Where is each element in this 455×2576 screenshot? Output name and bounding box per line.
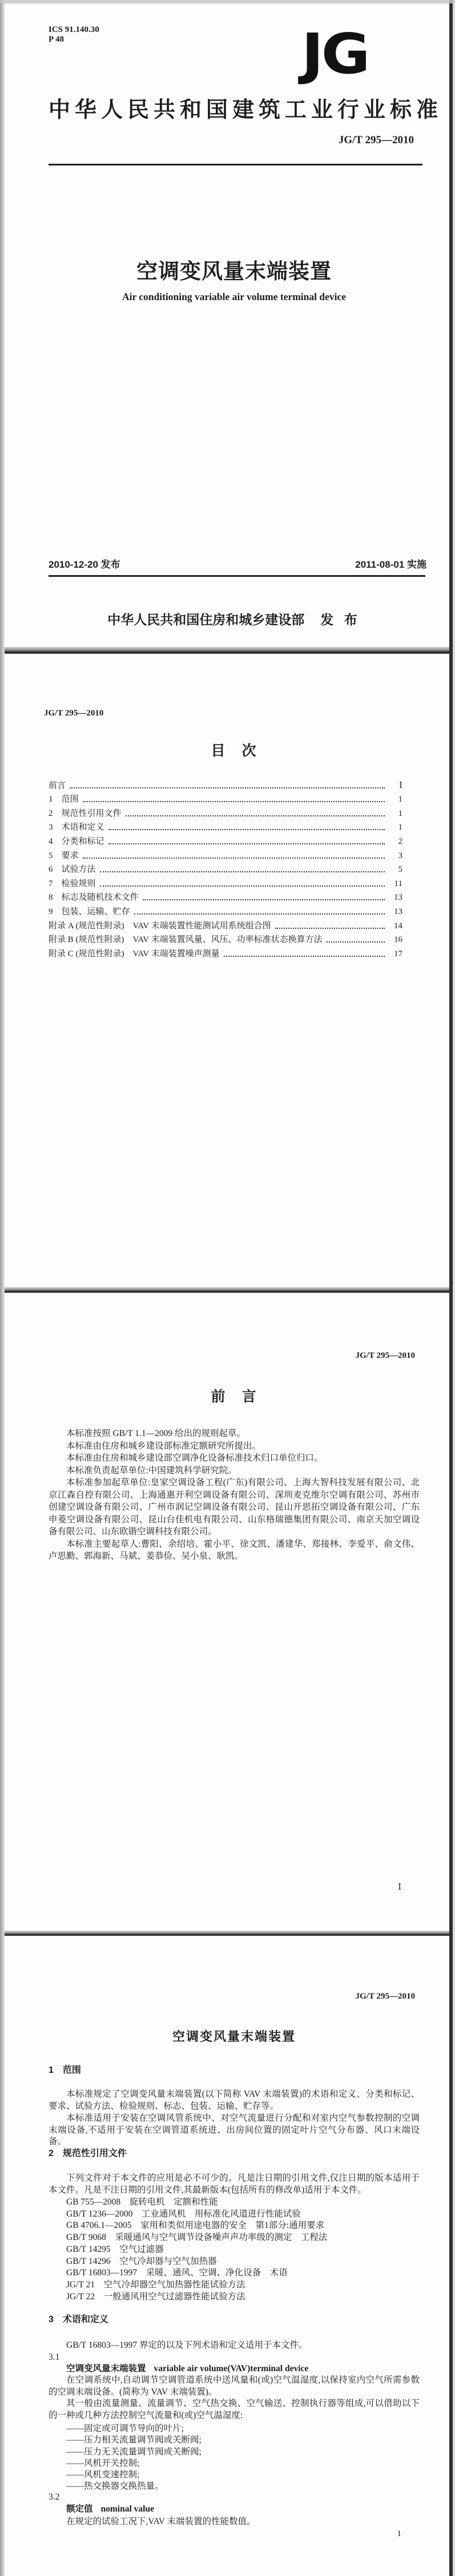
term-3-2-title-cn: 额定值 xyxy=(66,2504,93,2514)
toc-row: 附录 C (规范性附录) VAV 末端装置噪声测量17 xyxy=(49,945,402,959)
reference-item: JG/T 21 空气冷却器空气加热器性能试验方法 xyxy=(49,2279,420,2291)
scan-edge-left xyxy=(0,0,5,2576)
dash-item: ——风机开关控制; xyxy=(49,2458,420,2469)
issue-date: 2010-12-20 发布 xyxy=(49,556,120,571)
toc-entry-label: 附录 C (规范性附录) VAV 末端装置噪声测量 xyxy=(49,947,220,959)
toc-row: 5 要求3 xyxy=(49,847,402,861)
scan-edge-top xyxy=(0,0,455,3)
reference-item: GB 4706.1—2005 家用和类似用途电器的安全 第1部分:通用要求 xyxy=(49,2220,420,2232)
toc-row: 3 术语和定义1 xyxy=(49,819,402,833)
toc-entry-label: 8 标志及随机技术文件 xyxy=(49,891,139,903)
foreword-paragraph: 本标准主要起草人:曹阳、余绍培、霍小平、徐文凯、潘建华、郑接林、李爱平、俞文伟、… xyxy=(49,1538,420,1563)
toc-entry-label: 7 检验规则 xyxy=(49,877,96,889)
dash-item: ——压力相关流量调节阀或关断阀; xyxy=(49,2435,420,2446)
toc-entry-page: 13 xyxy=(389,893,402,903)
toc-dot-leader xyxy=(275,928,385,929)
page-header-standard-number: JG/T 295—2010 xyxy=(356,1992,415,2001)
section-1-paragraph: 本标准规定了空调变风量末端装置(以下简称 VAV 末端装置)的术语和定义、分类和… xyxy=(49,2089,420,2112)
dash-item: ——固定或可调节导向的叶片; xyxy=(49,2423,420,2435)
publisher-line: 中华人民共和国住房和城乡建设部发 布 xyxy=(49,609,420,628)
term-3-2-title-en: nominal value xyxy=(101,2504,154,2514)
reference-item: JG/T 22 一般通风用空气过滤器性能试验方法 xyxy=(49,2291,420,2303)
cover-title-cn: 空调变风量末端装置 xyxy=(49,254,420,285)
term-3-1-definition: 其一般由流量测量、流量调节、空气热交换、空气输送、控制执行器等组成,可以借助以下… xyxy=(49,2398,420,2421)
page-separator xyxy=(0,1931,449,1936)
term-3-1-title-en: variable air volume(VAV)terminal device xyxy=(154,2364,309,2373)
toc-dot-leader xyxy=(70,787,385,788)
reference-list: GB 755—2008 旋转电机 定额和性能 GB/T 1236—2000 工业… xyxy=(49,2197,420,2303)
standard-class-heading: 中华人民共和国建筑工业行业标准 xyxy=(49,92,420,123)
toc-dot-leader xyxy=(100,871,385,872)
toc-entry-label: 附录 B (规范性附录) VAV 末端装置风量、风压、功率标准状态换算方法 xyxy=(49,933,323,945)
toc-entry-page: 11 xyxy=(389,879,402,889)
toc-row: 8 标志及随机技术文件13 xyxy=(49,889,402,903)
toc-dot-leader xyxy=(224,956,385,957)
foreword-page: JG/T 295—2010 前 言 本标准按照 GB/T 1.1—2009 给出… xyxy=(5,1293,449,1931)
toc-dot-leader xyxy=(327,941,385,943)
dash-item: ——风机变速控制; xyxy=(49,2469,420,2481)
section-2-paragraph: 下列文件对于本文件的应用是必不可少的。凡是注日期的引用文件,仅注日期的版本适用于… xyxy=(49,2173,420,2196)
toc-dot-leader xyxy=(83,858,385,859)
toc-row: 4 分类和标记2 xyxy=(49,832,402,847)
section-1-paragraph: 本标准适用于安装在空调风管系统中、对空气流量进行分配和对室内空气参数控制的空调末… xyxy=(49,2113,420,2148)
toc-list: 前言Ⅰ 1 范围1 2 规范性引用文件1 3 术语和定义1 4 分类和标记2 5… xyxy=(49,777,402,959)
toc-entry-page: 14 xyxy=(389,921,402,931)
section-2-heading: 2 规范性引用文件 xyxy=(49,2149,127,2159)
foreword-paragraph: 本标准由住房和城乡建设部空调净化设备标准技术归口单位归口。 xyxy=(49,1452,420,1465)
page-number-footer: 1 xyxy=(397,2529,402,2539)
reference-item: GB/T 16803—1997 采暖、通风、空调、净化设备 术语 xyxy=(49,2267,420,2279)
reference-item: GB/T 1236—2000 工业通风机 用标准化风道进行性能试验 xyxy=(49,2209,420,2221)
toc-entry-label: 3 术语和定义 xyxy=(49,820,104,832)
toc-row: 7 检验规则11 xyxy=(49,875,402,889)
toc-entry-label: 6 试验方法 xyxy=(49,863,96,875)
toc-entry-page: Ⅰ xyxy=(389,780,402,791)
toc-row: 附录 B (规范性附录) VAV 末端装置风量、风压、功率标准状态换算方法16 xyxy=(49,931,402,945)
toc-entry-page: 1 xyxy=(389,795,402,804)
toc-dot-leader xyxy=(108,843,385,844)
dash-item: ——热交换器交换热量。 xyxy=(49,2481,420,2492)
page-separator xyxy=(0,1287,449,1293)
class-code: P 48 xyxy=(49,35,64,44)
toc-entry-page: 13 xyxy=(389,907,402,917)
toc-row: 2 规范性引用文件1 xyxy=(49,804,402,819)
standard-number: JG/T 295—2010 xyxy=(339,134,414,147)
term-3-1-number: 3.1 xyxy=(49,2352,59,2363)
foreword-paragraph: 本标准负责起草单位:中国建筑科学研究院。 xyxy=(49,1465,420,1477)
section-3-heading: 3 术语和定义 xyxy=(49,2315,108,2325)
foreword-paragraph: 本标准由住房和城乡建设部标准定额研究所提出。 xyxy=(49,1440,420,1453)
section-1-heading: 1 范围 xyxy=(49,2065,81,2076)
page-separator xyxy=(0,647,449,654)
toc-row: 9 包装、运输、贮存13 xyxy=(49,903,402,917)
ics-code: ICS 91.140.30 xyxy=(49,25,99,34)
toc-entry-page: 2 xyxy=(389,837,402,847)
foreword-title: 前 言 xyxy=(49,1385,420,1406)
content-page: JG/T 295—2010 空调变风量末端装置 1 范围 本标准规定了空调变风量… xyxy=(5,1936,449,2576)
reference-item: GB 755—2008 旋转电机 定额和性能 xyxy=(49,2197,420,2209)
section-3-paragraph: GB/T 16803—1997 界定的以及下列术语和定义适用于本文件。 xyxy=(49,2340,420,2352)
dash-list: ——固定或可调节导向的叶片; ——压力相关流量调节阀或关断阀; ——压力无关流量… xyxy=(49,2423,420,2493)
term-3-1-title: 空调变风量末端装置variable air volume(VAV)termina… xyxy=(66,2364,308,2374)
toc-entry-label: 1 范围 xyxy=(49,792,79,804)
toc-row: 前言Ⅰ xyxy=(49,777,402,791)
foreword-text: 本标准按照 GB/T 1.1—2009 给出的规则起草。 本标准由住房和城乡建设… xyxy=(49,1427,420,1563)
term-3-1-title-cn: 空调变风量末端装置 xyxy=(66,2364,146,2373)
cover-rule-top xyxy=(49,164,422,165)
toc-entry-page: 1 xyxy=(389,809,402,819)
toc-dot-leader xyxy=(100,885,385,887)
publish-word: 发 布 xyxy=(320,612,360,627)
toc-row: 6 试验方法5 xyxy=(49,861,402,875)
toc-page: JG/T 295—2010 目 次 前言Ⅰ 1 范围1 2 规范性引用文件1 3… xyxy=(5,654,449,1287)
toc-entry-label: 5 要求 xyxy=(49,849,79,861)
document-title: 空调变风量末端装置 xyxy=(49,2027,420,2045)
cover-rule-bottom xyxy=(49,575,425,577)
foreword-paragraph: 本标准按照 GB/T 1.1—2009 给出的规则起草。 xyxy=(49,1427,420,1440)
term-3-2-definition: 在规定的试验工况下,VAV 末端装置的性能数值。 xyxy=(49,2516,420,2528)
toc-entry-label: 9 包装、运输、贮存 xyxy=(49,905,130,917)
toc-entry-label: 附录 A (规范性附录) VAV 末端装置性能测试用系统组合图 xyxy=(49,919,271,931)
toc-entry-page: 5 xyxy=(389,865,402,875)
toc-entry-label: 2 规范性引用文件 xyxy=(49,807,122,819)
cover-title-en: Air conditioning variable air volume ter… xyxy=(49,291,420,303)
page-header-standard-number: JG/T 295—2010 xyxy=(44,709,103,718)
scanned-document: ICS 91.140.30 P 48 JG 中华人民共和国建筑工业行业标准 JG… xyxy=(0,0,455,2576)
toc-dot-leader xyxy=(108,829,385,830)
toc-dot-leader xyxy=(83,801,385,802)
toc-dot-leader xyxy=(134,913,385,915)
implementation-date: 2011-08-01 实施 xyxy=(355,556,426,571)
reference-item: GB/T 9068 采暖通风与空气调节设备噪声声功率级的测定 工程法 xyxy=(49,2232,420,2244)
toc-row: 附录 A (规范性附录) VAV 末端装置性能测试用系统组合图14 xyxy=(49,917,402,931)
reference-item: GB/T 14295 空气过滤器 xyxy=(49,2244,420,2256)
cover-page: ICS 91.140.30 P 48 JG 中华人民共和国建筑工业行业标准 JG… xyxy=(5,5,449,647)
toc-dot-leader xyxy=(126,815,385,816)
page-number-footer: Ⅰ xyxy=(398,1883,401,1892)
toc-entry-label: 4 分类和标记 xyxy=(49,835,104,847)
term-3-1-definition: 在空调系统中,自动调节空调管道系统中送风量和(或)空气温湿度,以保持室内空气所需… xyxy=(49,2375,420,2398)
term-3-2-title: 额定值nominal value xyxy=(66,2504,154,2514)
toc-entry-page: 3 xyxy=(389,851,402,861)
page-header-standard-number: JG/T 295—2010 xyxy=(356,1351,415,1361)
publisher-name: 中华人民共和国住房和城乡建设部 xyxy=(107,612,304,627)
scan-edge-right-margin xyxy=(453,0,455,2576)
toc-entry-page: 16 xyxy=(389,935,402,945)
reference-item: GB/T 14296 空气冷却器与空气加热器 xyxy=(49,2256,420,2268)
jg-logo: JG xyxy=(301,31,368,77)
toc-title: 目 次 xyxy=(49,739,420,760)
toc-entry-page: 1 xyxy=(389,823,402,832)
toc-dot-leader xyxy=(143,899,385,900)
foreword-paragraph: 本标准参加起草单位:皇家空调设备工程(广东)有限公司、上海大智科技发展有限公司、… xyxy=(49,1477,420,1538)
toc-row: 1 范围1 xyxy=(49,791,402,805)
toc-entry-label: 前言 xyxy=(49,779,66,791)
dash-item: ——压力无关流量调节阀或关断阀; xyxy=(49,2446,420,2458)
term-3-2-number: 3.2 xyxy=(49,2492,59,2502)
toc-entry-page: 17 xyxy=(389,949,402,959)
